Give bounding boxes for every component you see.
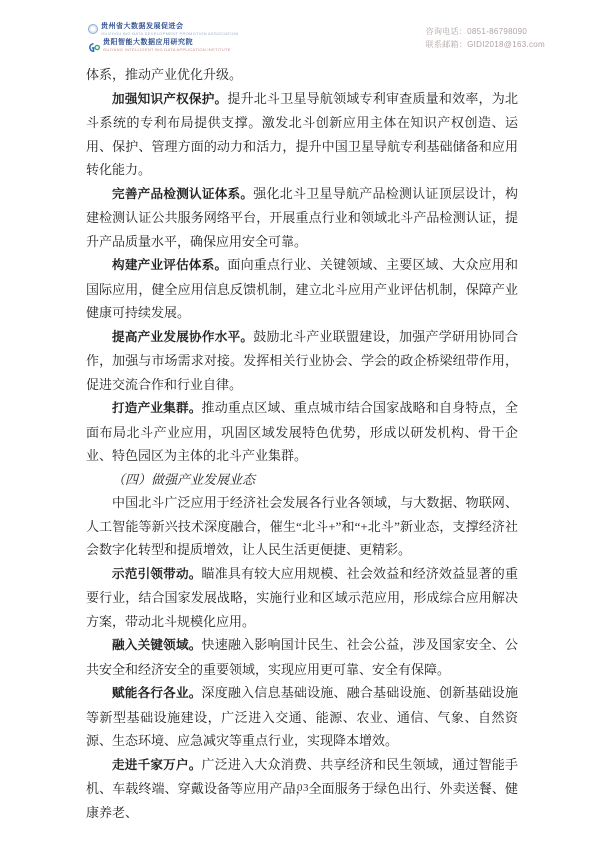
- paragraph-lead: 提高产业发展协作水平。: [112, 330, 253, 344]
- contact-email: 联系邮箱：GIDI2018@163.com: [426, 38, 545, 51]
- paragraph-lead: 加强知识产权保护。: [112, 92, 227, 106]
- org1-logo: 贵州省大数据发展促进会 GUIZHOU BIG DATA DEVELOPMENT…: [88, 23, 238, 36]
- org1-logo-text: 贵州省大数据发展促进会 GUIZHOU BIG DATA DEVELOPMENT…: [101, 23, 238, 36]
- contact-phone: 咨询电话：0851-86798090: [426, 25, 545, 38]
- contact-email-value: GIDI2018@163.com: [467, 40, 545, 49]
- paragraph: 体系，推动产业优化升级。: [86, 63, 518, 87]
- contact-phone-value: 0851-86798090: [467, 27, 527, 36]
- paragraph: 示范引领带动。瞄准具有较大应用规模、社会效益和经济效益显著的重要行业，结合国家发…: [86, 562, 518, 634]
- org2-name: 贵阳智能大数据应用研究院: [103, 39, 231, 47]
- paragraph: 中国北斗广泛应用于经济社会发展各行业各领域，与大数据、物联网、人工智能等新兴技术…: [86, 491, 518, 562]
- institute-logo-icon: [88, 40, 100, 58]
- paragraph-lead: 打造产业集群。: [112, 401, 202, 415]
- header-logos: 贵州省大数据发展促进会 GUIZHOU BIG DATA DEVELOPMENT…: [88, 23, 238, 58]
- paragraph-lead: 完善产品检测认证体系。: [112, 187, 253, 201]
- paragraph: 打造产业集群。推动重点区域、重点城市结合国家战略和自身特点，全面布局北斗产业应用…: [86, 396, 518, 468]
- paragraph: 融入关键领域。快速融入影响国计民生、社会公益，涉及国家安全、公共安全和经济安全的…: [86, 633, 518, 681]
- document-page: 贵州省大数据发展促进会 GUIZHOU BIG DATA DEVELOPMENT…: [0, 0, 600, 848]
- org2-subtitle: GUIYANG INTELLIGENT BIG DATA APPLICATION…: [103, 47, 231, 52]
- header-contact: 咨询电话：0851-86798090 联系邮箱：GIDI2018@163.com: [426, 25, 545, 51]
- org2-logo: 贵阳智能大数据应用研究院 GUIYANG INTELLIGENT BIG DAT…: [88, 39, 238, 58]
- document-body: 体系，推动产业优化升级。加强知识产权保护。提升北斗卫星导航领域专利审查质量和效率…: [86, 63, 518, 824]
- paragraph: 加强知识产权保护。提升北斗卫星导航领域专利审查质量和效率，为北斗系统的专利布局提…: [86, 87, 518, 182]
- section-heading: （四）做强产业发展业态: [86, 468, 518, 492]
- paragraph: 构建产业评估体系。面向重点行业、关键领域、主要区域、大众应用和国际应用，健全应用…: [86, 253, 518, 325]
- paragraph-lead: 赋能各行各业。: [112, 686, 202, 700]
- paragraph-lead: 走进千家万户。: [112, 758, 202, 772]
- paragraph: 赋能各行各业。深度融入信息基础设施、融合基础设施、创新基础设施等新型基础设施建设…: [86, 681, 518, 753]
- paragraph-lead: 构建产业评估体系。: [112, 258, 227, 272]
- org2-logo-text: 贵阳智能大数据应用研究院 GUIYANG INTELLIGENT BIG DAT…: [103, 39, 231, 52]
- org1-name: 贵州省大数据发展促进会: [101, 23, 238, 31]
- contact-phone-label: 咨询电话：: [426, 27, 468, 36]
- association-emblem-icon: [88, 24, 98, 34]
- contact-email-label: 联系邮箱：: [426, 40, 468, 49]
- org1-subtitle: GUIZHOU BIG DATA DEVELOPMENT PROMOTION A…: [101, 31, 238, 36]
- paragraph: 完善产品检测认证体系。强化北斗卫星导航产品检测认证顶层设计，构建检测认证公共服务…: [86, 182, 518, 254]
- page-number: 103: [0, 782, 600, 794]
- paragraph-lead: 示范引领带动。: [112, 567, 202, 581]
- paragraph-lead: 融入关键领域。: [112, 638, 202, 652]
- paragraph: 提高产业发展协作水平。鼓励北斗产业联盟建设，加强产学研用协同合作，加强与市场需求…: [86, 325, 518, 397]
